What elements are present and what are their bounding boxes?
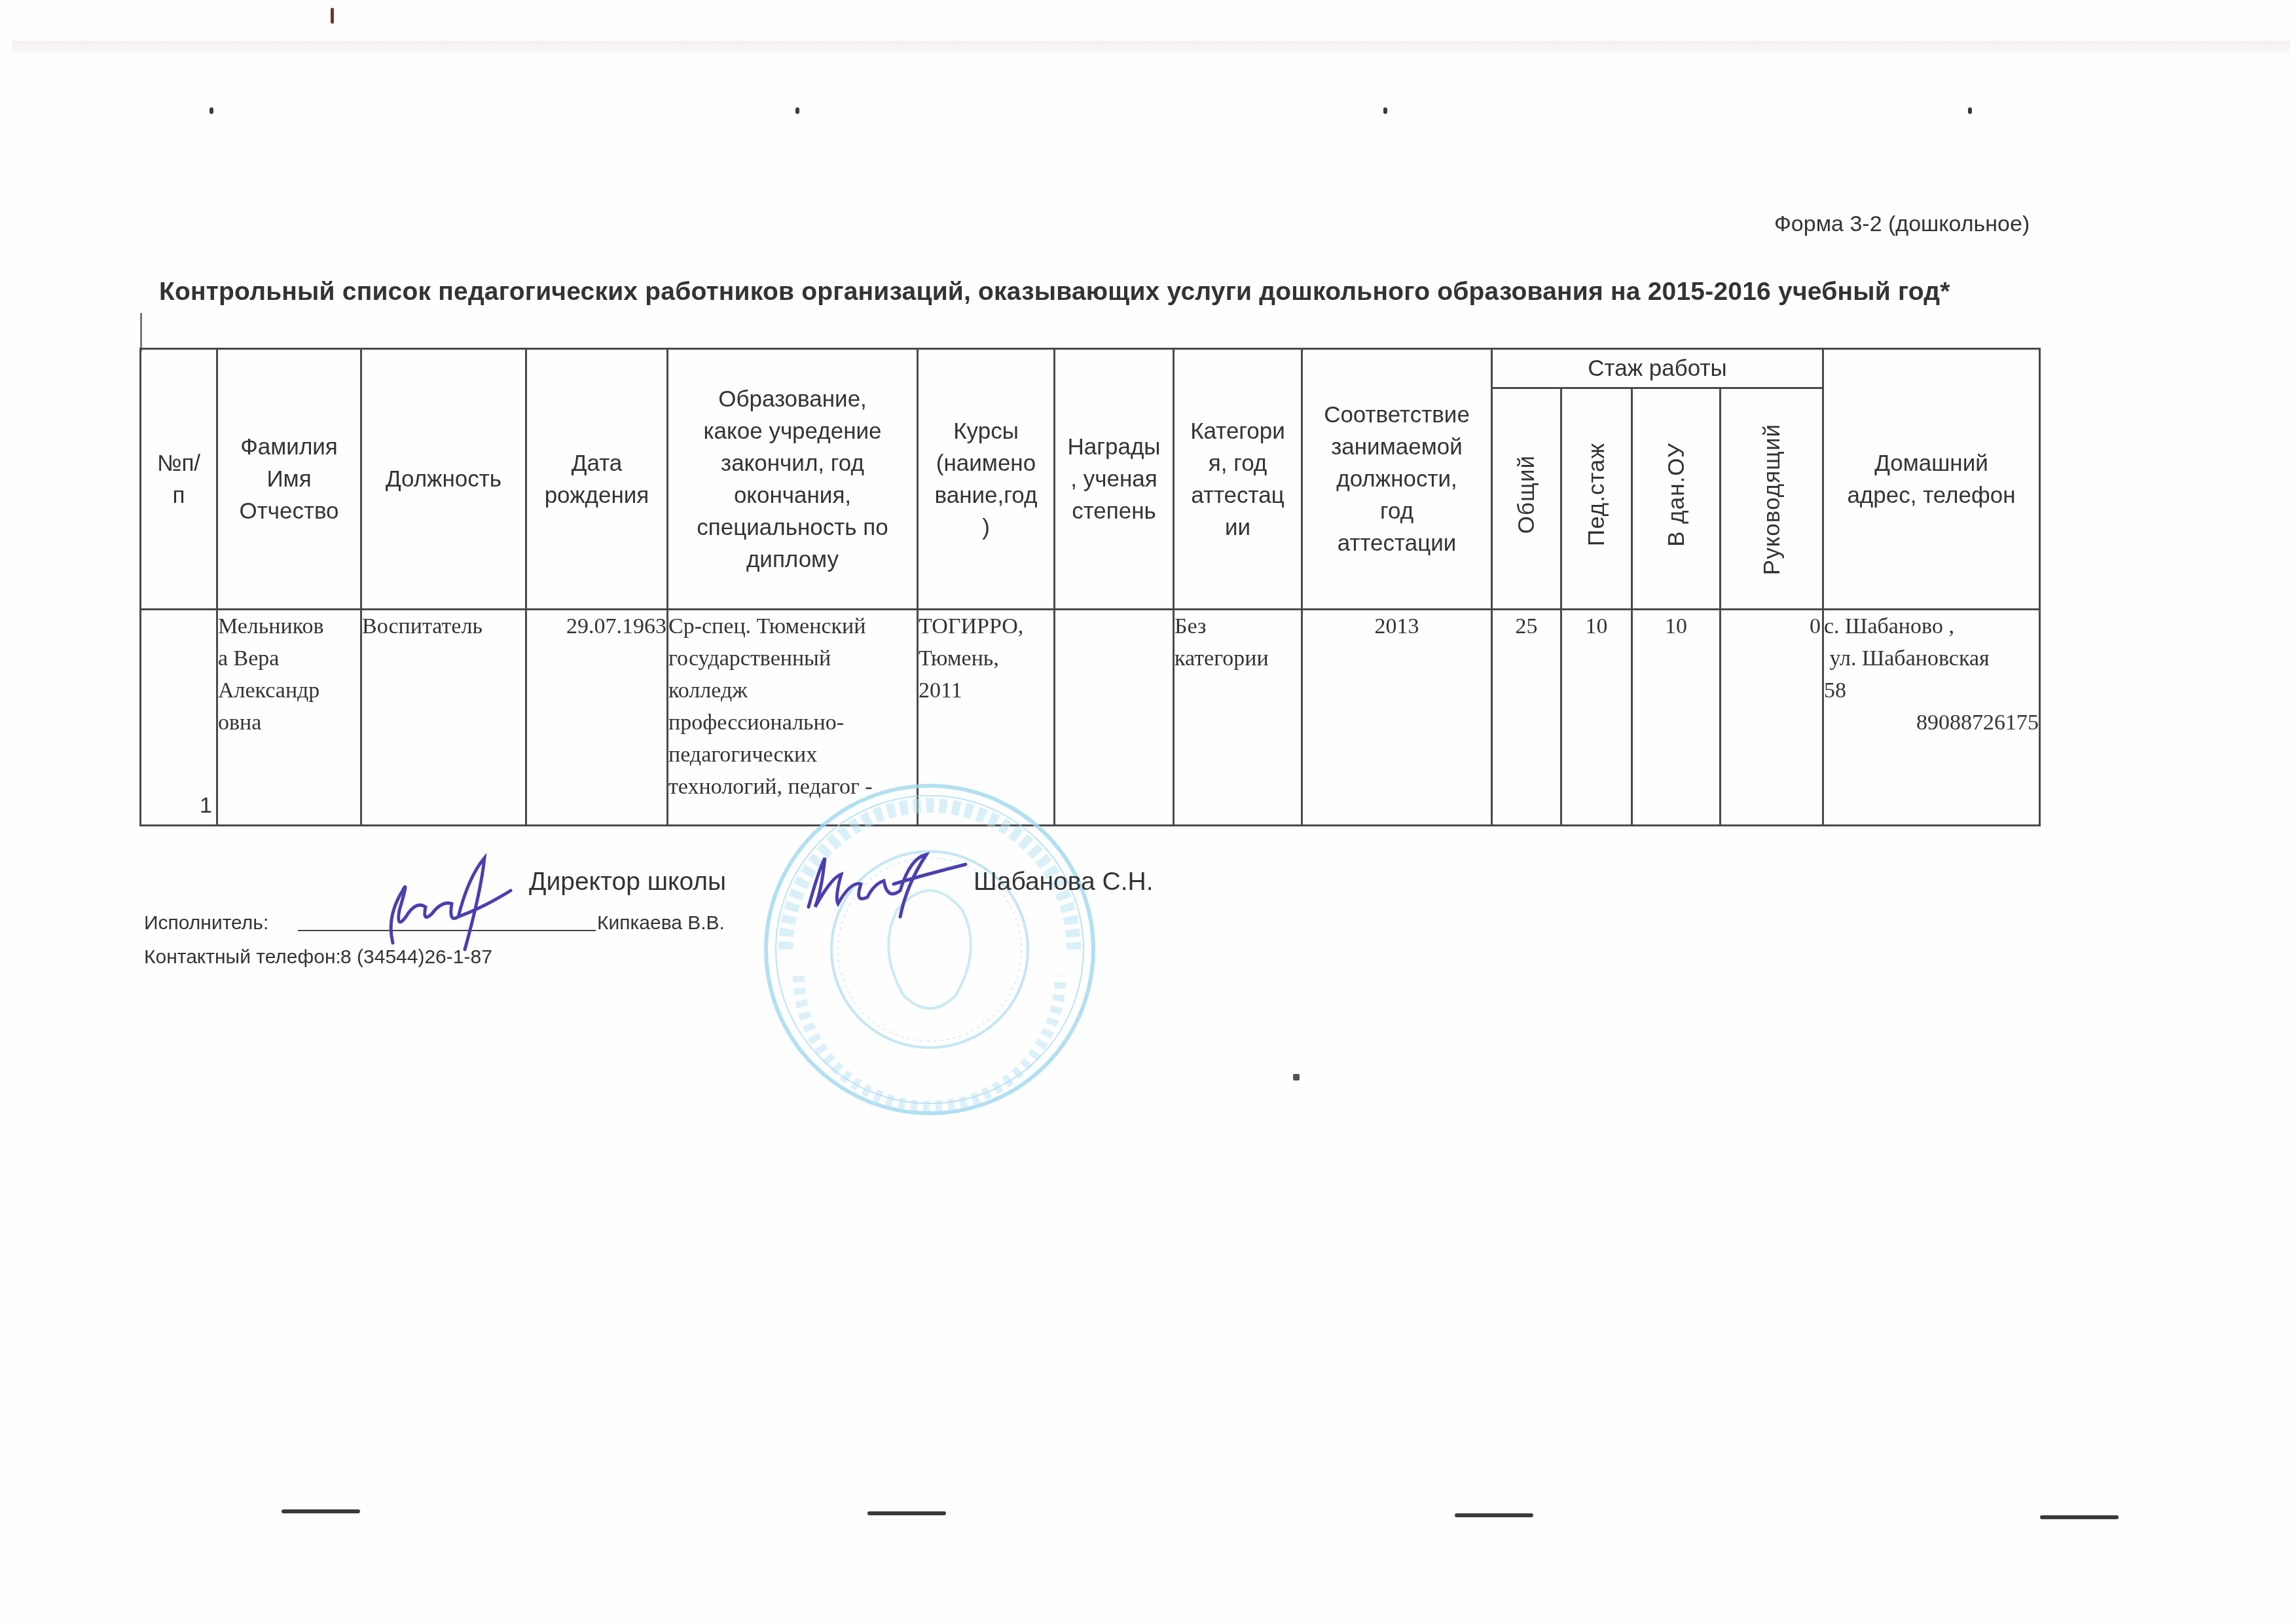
director-name: Шабанова С.Н.: [974, 868, 1154, 896]
header-awards: Награды , ученая степень: [1055, 349, 1174, 610]
cell-name: Мельников а Вера Александр овна: [217, 610, 361, 826]
header-category: Категори я, год аттестац ии: [1174, 349, 1302, 610]
punch-mark: [1455, 1513, 1533, 1517]
cell-compliance: 2013: [1302, 610, 1492, 826]
cell-exp-ped: 10: [1561, 610, 1632, 826]
scan-edge-band: [12, 41, 2290, 54]
director-signature-icon: [795, 845, 972, 923]
cell-address: с. Шабаново , ул. Шабановская 58 8908872…: [1823, 610, 2040, 826]
cell-exp-manager: 0: [1721, 610, 1823, 826]
scan-speck: [331, 8, 334, 24]
header-courses: Курсы (наимено вание,год ): [918, 349, 1055, 610]
executor-label: Исполнитель:: [144, 912, 268, 934]
header-birth-date: Дата рождения: [526, 349, 668, 610]
punch-mark: [282, 1509, 360, 1513]
header-compliance: Соответствие занимаемой должности, год а…: [1302, 349, 1492, 610]
header-exp-here: В дан.ОУ: [1632, 388, 1721, 610]
header-experience-group: Стаж работы: [1492, 349, 1823, 388]
header-position: Должность: [361, 349, 526, 610]
header-education: Образование, какое учредение закончил, г…: [668, 349, 918, 610]
punch-mark: [795, 107, 799, 114]
cell-exp-here: 10: [1632, 610, 1721, 826]
header-exp-manager: Руководящий: [1721, 388, 1823, 610]
scan-speck: [1293, 1074, 1300, 1080]
punch-mark: [1383, 107, 1387, 114]
cell-num: 1: [141, 610, 217, 826]
staff-table: №п/ п Фамилия Имя Отчество Должность Дат…: [139, 348, 2041, 826]
header-exp-total: Общий: [1492, 388, 1561, 610]
document-title: Контрольный список педагогических работн…: [159, 278, 1950, 306]
cell-exp-total: 25: [1492, 610, 1561, 826]
header-address: Домашний адрес, телефон: [1823, 349, 2040, 610]
header-name: Фамилия Имя Отчество: [217, 349, 361, 610]
phone-number: 89088726175: [1824, 707, 2039, 739]
header-exp-ped: Пед.стаж: [1561, 388, 1632, 610]
executor-signature-icon: [354, 851, 550, 956]
punch-mark: [1968, 107, 1972, 114]
director-label: Директор школы: [529, 868, 726, 896]
header-num: №п/ п: [141, 349, 217, 610]
form-label: Форма 3-2 (дошкольное): [1774, 212, 2030, 237]
table-left-mark: [140, 313, 142, 351]
official-stamp-icon: [746, 766, 1113, 1133]
cell-category: Без категории: [1174, 610, 1302, 826]
punch-mark: [867, 1511, 946, 1515]
punch-mark: [210, 107, 213, 114]
executor-name: Кипкаева В.В.: [597, 912, 725, 934]
cell-birth-date: 29.07.1963: [526, 610, 668, 826]
cell-position: Воспитатель: [361, 610, 526, 826]
contact-label: Контактный телефон:: [144, 946, 341, 969]
punch-mark: [2040, 1515, 2119, 1519]
contact-phone: 8 (34544)26-1-87: [340, 946, 492, 969]
